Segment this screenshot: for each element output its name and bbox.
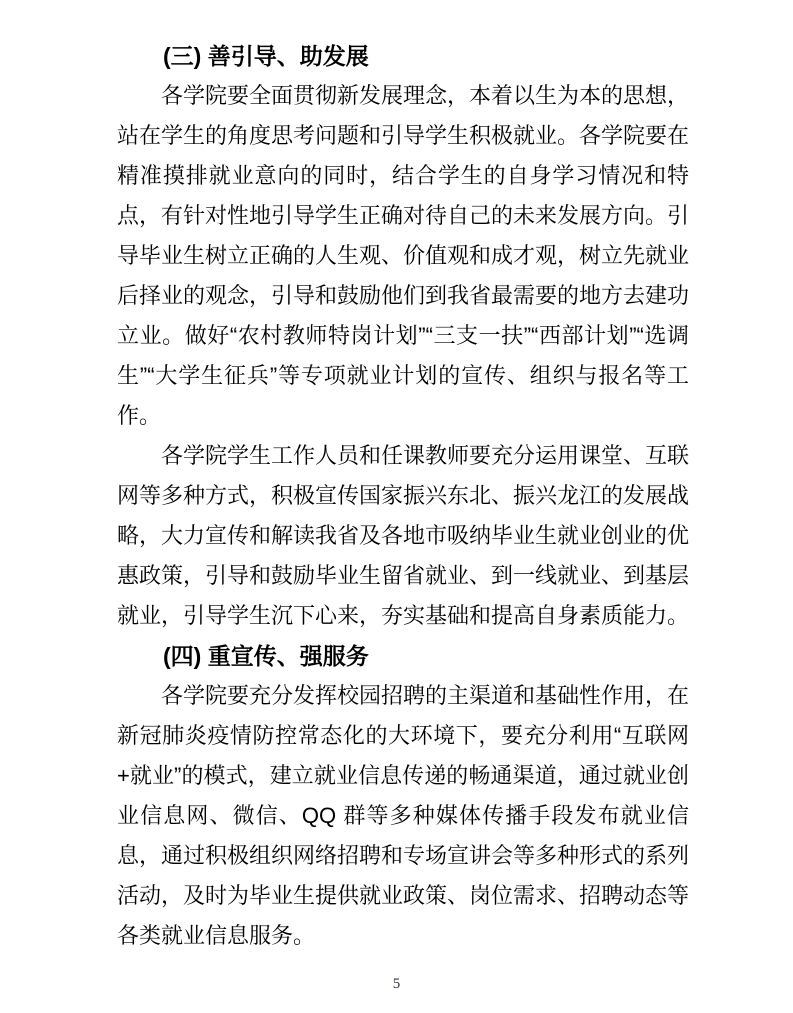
page-footer: 5 (0, 974, 793, 994)
section-heading: (三) 善引导、助发展 (117, 36, 689, 76)
section-heading: (四) 重宣传、强服务 (117, 636, 689, 676)
paragraph: 各学院要充分发挥校园招聘的主渠道和基础性作用，在新冠肺炎疫情防控常态化的大环境下… (117, 676, 689, 956)
paragraph: 各学院要全面贯彻新发展理念，本着以生为本的思想，站在学生的角度思考问题和引导学生… (117, 76, 689, 436)
paragraph: 各学院学生工作人员和任课教师要充分运用课堂、互联网等多种方式，积极宣传国家振兴东… (117, 436, 689, 636)
document-body: (三) 善引导、助发展各学院要全面贯彻新发展理念，本着以生为本的思想，站在学生的… (117, 36, 689, 956)
document-page: (三) 善引导、助发展各学院要全面贯彻新发展理念，本着以生为本的思想，站在学生的… (0, 0, 793, 1013)
page-number: 5 (393, 976, 401, 992)
